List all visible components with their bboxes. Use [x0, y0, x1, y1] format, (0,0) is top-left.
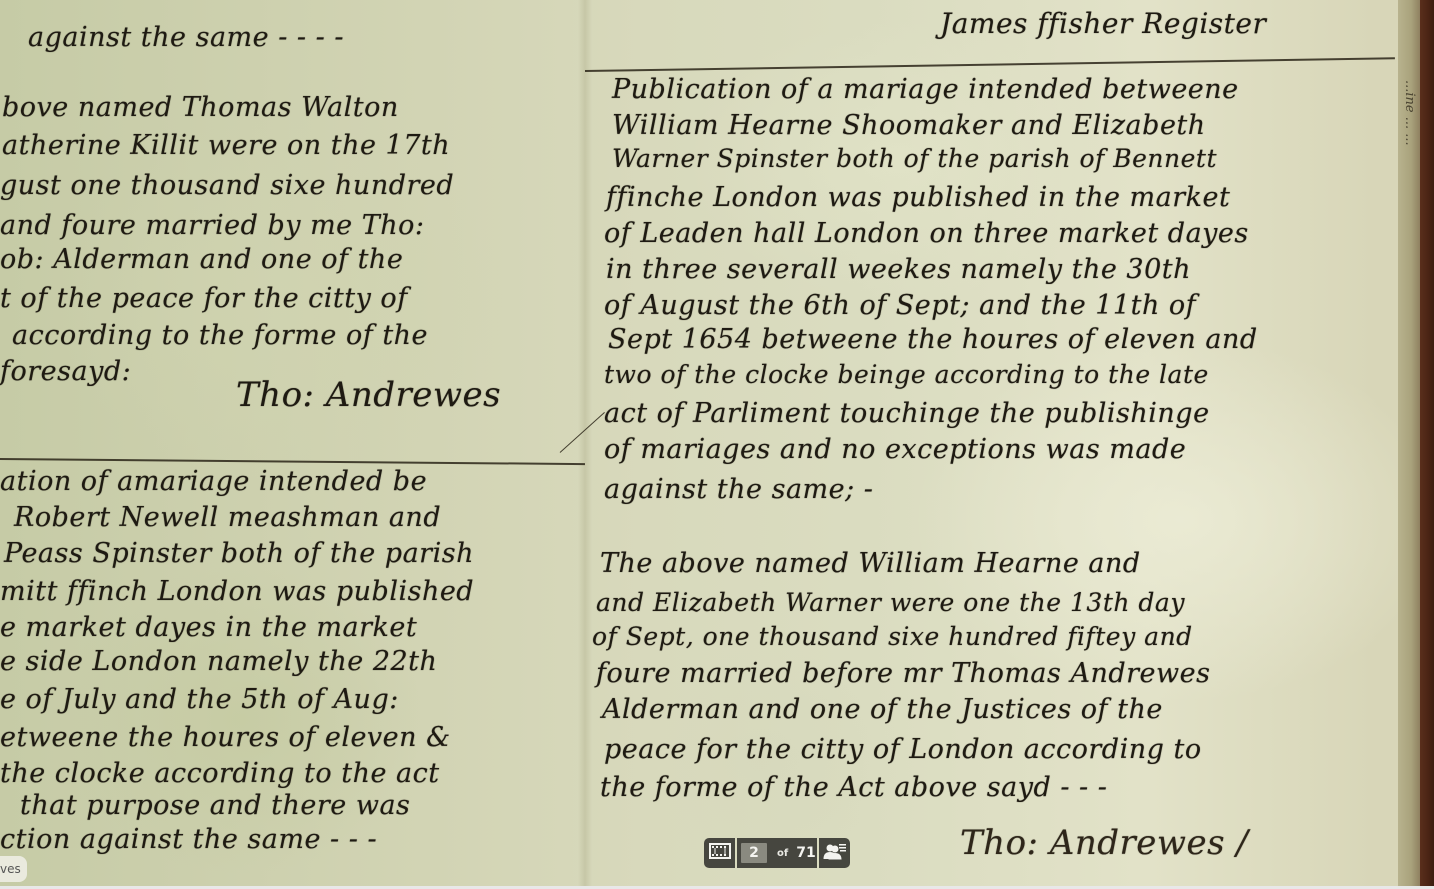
manuscript-line: e market dayes in the market [0, 614, 417, 641]
users-list-icon [823, 842, 847, 864]
manuscript-line: Publication of a mariage intended betwee… [612, 76, 1239, 103]
people-index-button[interactable] [819, 838, 850, 868]
of-label: of [777, 848, 788, 859]
manuscript-line: Sept 1654 betweene the houres of eleven … [608, 326, 1258, 353]
manuscript-line: the clocke according to the act [0, 760, 440, 787]
entry-divider-left [0, 458, 585, 465]
manuscript-line: and foure married by me Tho: [0, 212, 424, 239]
register-header: James ffisher Register [940, 10, 1266, 38]
total-pages: 71 [796, 845, 815, 861]
manuscript-line: against the same - - - - [28, 24, 344, 51]
manuscript-line: atherine Killit were on the 17th [2, 132, 450, 159]
signature: Tho: Andrewes [236, 378, 501, 412]
signature: Tho: Andrewes / [960, 826, 1248, 860]
manuscript-line: Alderman and one of the Justices of the [602, 696, 1163, 723]
manuscript-line: of mariages and no exceptions was made [604, 436, 1186, 463]
manuscript-line: the forme of the Act above sayd - - - [600, 774, 1107, 801]
manuscript-line: e side London namely the 22th [0, 648, 437, 675]
manuscript-line: bove named Thomas Walton [2, 94, 399, 121]
manuscript-line: foure married before mr Thomas Andrewes [596, 660, 1210, 687]
manuscript-line: according to the forme of the [12, 322, 428, 349]
manuscript-line: William Hearne Shoomaker and Elizabeth [612, 112, 1206, 139]
manuscript-line: e of July and the 5th of Aug: [0, 686, 399, 713]
manuscript-line: that purpose and there was [20, 792, 410, 819]
manuscript-line: Robert Newell meashman and [14, 504, 441, 531]
page-number-input[interactable] [741, 843, 767, 863]
manuscript-line: in three severall weekes namely the 30th [606, 256, 1191, 283]
manuscript-line: gust one thousand sixe hundred [0, 172, 454, 199]
manuscript-line: ob: Alderman and one of the [0, 246, 403, 273]
page-pager: of 71 [737, 838, 817, 868]
margin-note: ...ine ... ... [1402, 80, 1417, 146]
manuscript-line: of Leaden hall London on three market da… [604, 220, 1249, 247]
header-rule [585, 57, 1395, 72]
manuscript-line: ation of amariage intended be [0, 468, 427, 495]
manuscript-line: act of Parliment touchinge the publishin… [604, 400, 1210, 427]
manuscript-line: Peass Spinster both of the parish [4, 540, 474, 567]
book-binding [1420, 0, 1434, 889]
manuscript-line: two of the clocke beinge according to th… [604, 362, 1209, 387]
manuscript-line: etweene the houres of eleven & [0, 724, 451, 751]
page-navigator: of 71 [704, 838, 850, 868]
page-gutter [578, 0, 592, 889]
manuscript-line: ction against the same - - - [0, 826, 377, 853]
manuscript-line: and Elizabeth Warner were one the 13th d… [596, 590, 1185, 615]
manuscript-line: of August the 6th of Sept; and the 11th … [604, 292, 1196, 319]
manuscript-line: ffinche London was published in the mark… [606, 184, 1230, 211]
manuscript-line: Warner Spinster both of the parish of Be… [612, 146, 1217, 171]
manuscript-line: peace for the citty of London according … [604, 736, 1202, 763]
manuscript-line: mitt ffinch London was published [0, 578, 474, 605]
filmstrip-button[interactable] [704, 838, 735, 868]
manuscript-line: t of the peace for the citty of [0, 285, 408, 312]
document-viewer[interactable]: against the same - - - - bove named Thom… [0, 0, 1434, 889]
manuscript-line: of Sept, one thousand sixe hundred fifte… [592, 624, 1193, 649]
manuscript-line: The above named William Hearne and [600, 550, 1141, 577]
manuscript-line: against the same; - [604, 476, 873, 503]
manuscript-line: foresayd: [0, 358, 131, 385]
filmstrip-icon [709, 843, 731, 863]
archive-tag[interactable]: ves [0, 856, 27, 882]
